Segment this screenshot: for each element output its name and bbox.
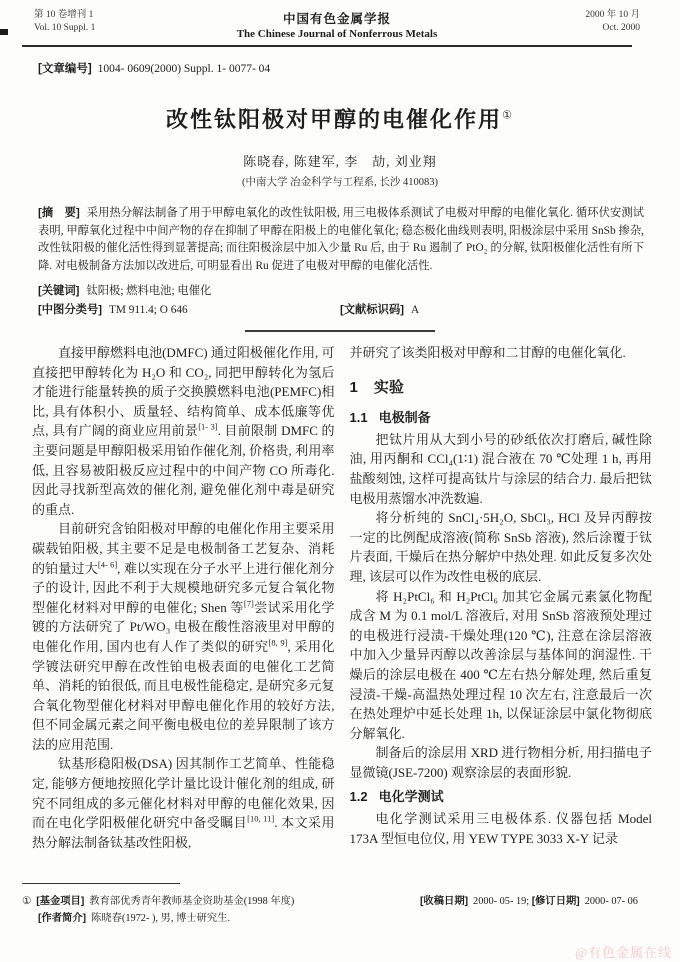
abstract-text: 采用热分解法制备了用于甲醇电氧化的改性钛阳极, 用三电极体系测试了电极对甲醇的电… (38, 207, 644, 272)
issue-date-en: Oct. 2000 (512, 22, 640, 35)
citation-ref: [4- 6] (98, 559, 117, 569)
journal-name-cn: 中国有色金属学报 (162, 9, 512, 27)
document-code-label: [文献标识码] (340, 304, 404, 316)
paragraph: 制备后的涂层用 XRD 进行物相分析, 用扫描电子显微镜(JSE-7200) 观… (350, 743, 653, 782)
clc-label: [中图分类号] (38, 304, 102, 316)
paragraph: 电化学测试采用三电极体系. 仪器包括 Model 173A 型恒电位仪, 用 Y… (350, 809, 653, 848)
title-footnote-mark: ① (502, 110, 514, 122)
revised-date-label: [修订日期] (532, 896, 580, 907)
article-number-line: [文章编号]1004- 0609(2000) Suppl. 1- 0077- 0… (38, 60, 680, 76)
footnote-left: ①[基金项目]教育部优秀青年教师基金资助基金(1998 年度) [作者简介]陈晓… (22, 893, 420, 927)
citation-ref: [1- 3] (198, 422, 217, 432)
received-date-label: [收稿日期] (420, 896, 468, 907)
article-number-label: [文章编号] (38, 63, 92, 75)
journal-name: 中国有色金属学报 The Chinese Journal of Nonferro… (162, 9, 512, 40)
revised-date: [修订日期]2000- 07- 06 (532, 896, 638, 907)
keywords-label: [关键词] (38, 285, 79, 297)
section-divider (245, 330, 435, 332)
received-date: [收稿日期]2000- 05- 19; (420, 896, 532, 907)
section-heading: 1.2电化学测试 (350, 787, 653, 807)
footnote-mark: ① (22, 896, 31, 907)
fund-text: 教育部优秀青年教师基金资助基金(1998 年度) (89, 896, 294, 907)
fund-label: [基金项目] (36, 896, 84, 907)
paragraph: 将分析纯的 SnCl₄·5H₂O, SbCl₃, HCl 及异丙醇按一定的比例配… (350, 508, 653, 586)
paragraph: 直接甲醇燃料电池(DMFC) 通过阳极催化作用, 可直接把甲醇转化为 H₂O 和… (32, 343, 335, 519)
header-divider (22, 45, 632, 47)
paragraph: 并研究了该类阳极对甲醇和二甘醇的电催化氧化. (350, 343, 653, 363)
clc-number: [中图分类号]TM 911.4; O 646 (38, 301, 340, 317)
abstract-label: [摘 要] (38, 207, 80, 219)
volume-en: Vol. 10 Suppl. 1 (34, 22, 162, 35)
affiliation-line: (中南大学 冶金科学与工程系, 长沙 410083) (0, 174, 680, 189)
author-bio-line: [作者简介]陈晓春(1972- ), 男, 博士研究生. (38, 910, 420, 927)
author-bio-label: [作者简介] (38, 913, 86, 924)
document-code: [文献标识码]A (340, 301, 419, 317)
paragraph: 钛基形稳阳极(DSA) 因其制作工艺简单、性能稳定, 能够方便地按照化学计量比设… (32, 754, 335, 852)
citation-ref: [10, 11] (247, 814, 274, 824)
issue-date: 2000 年 10 月 Oct. 2000 (512, 9, 640, 35)
scan-artifact (0, 29, 8, 35)
paragraph: 把钛片用从大到小号的砂纸依次打磨后, 碱性除油, 用丙酮和 CCl₄(1∶1) … (350, 430, 653, 508)
section-heading: 1.1电极制备 (350, 408, 653, 428)
author-bio-text: 陈晓春(1972- ), 男, 博士研究生. (91, 913, 230, 924)
section-heading: 1实验 (350, 378, 653, 398)
journal-header: 第 10 卷增刊 1 Vol. 10 Suppl. 1 中国有色金属学报 The… (0, 0, 680, 40)
classification-line: [中图分类号]TM 911.4; O 646 [文献标识码]A (38, 301, 644, 317)
article-number-value: 1004- 0609(2000) Suppl. 1- 0077- 04 (98, 63, 271, 75)
keywords-text: 钛阳极; 燃料电池; 电催化 (86, 285, 211, 297)
journal-name-en: The Chinese Journal of Nonferrous Metals (162, 28, 512, 40)
citation-ref: [8, 9] (269, 638, 288, 648)
footnote-divider (22, 883, 180, 884)
abstract-block: [摘 要]采用热分解法制备了用于甲醇电氧化的改性钛阳极, 用三电极体系测试了电极… (38, 205, 644, 275)
citation-ref: [7] (244, 598, 254, 608)
volume-info: 第 10 卷增刊 1 Vol. 10 Suppl. 1 (34, 9, 162, 35)
right-column: 并研究了该类阳极对甲醇和二甘醇的电催化氧化.1实验1.1电极制备把钛片用从大到小… (350, 343, 653, 852)
keywords-line: [关键词]钛阳极; 燃料电池; 电催化 (38, 282, 644, 298)
paragraph: 目前研究含铂阳极对甲醇的电催化作用主要采用碳载铂阳极, 其主要不足是电极制备工艺… (32, 519, 335, 754)
paper-title: 改性钛阳极对甲醇的电催化作用① (0, 103, 680, 134)
paragraph: 将 H₂PtCl₆ 和 H₂PtCl₆ 加其它金属元素氯化物配成含 M 为 0.… (350, 587, 653, 744)
paper-page: 第 10 卷增刊 1 Vol. 10 Suppl. 1 中国有色金属学报 The… (0, 0, 680, 962)
issue-date-cn: 2000 年 10 月 (512, 9, 640, 22)
body-columns: 直接甲醇燃料电池(DMFC) 通过阳极催化作用, 可直接把甲醇转化为 H₂O 和… (32, 343, 652, 852)
authors-line: 陈晓春, 陈建军, 李 劼, 刘业翔 (0, 151, 680, 170)
footnote-right: [收稿日期]2000- 05- 19; [修订日期]2000- 07- 06 (420, 893, 664, 927)
footnote-block: ①[基金项目]教育部优秀青年教师基金资助基金(1998 年度) [作者简介]陈晓… (22, 893, 664, 927)
volume-cn: 第 10 卷增刊 1 (34, 9, 162, 22)
fund-line: ①[基金项目]教育部优秀青年教师基金资助基金(1998 年度) (22, 893, 420, 910)
site-watermark: @有色金属在线 (575, 942, 672, 961)
left-column: 直接甲醇燃料电池(DMFC) 通过阳极催化作用, 可直接把甲醇转化为 H₂O 和… (32, 343, 335, 852)
